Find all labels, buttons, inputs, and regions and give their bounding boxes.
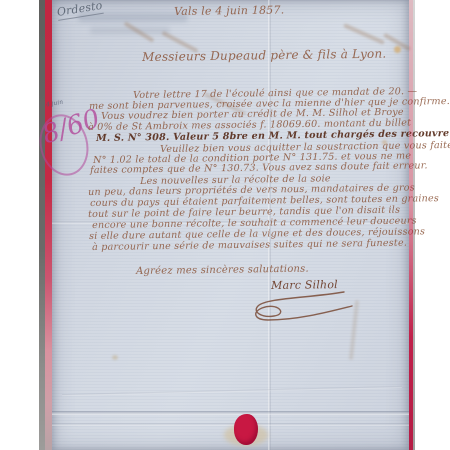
scanned-letter-photo: Ordesto Vals le 4 juin 1857. Messieurs D… <box>0 0 450 450</box>
ink-showthrough-smudge <box>343 23 385 45</box>
closing-line: Agréez mes sincères salutations. <box>136 264 309 277</box>
date-line: Vals le 4 juin 1857. <box>174 3 284 18</box>
wax-seal <box>234 414 258 445</box>
salutation-line: Messieurs Dupeaud père & fils à Lyon. <box>142 47 386 64</box>
letter-paper: Ordesto Vals le 4 juin 1857. Messieurs D… <box>52 0 409 450</box>
horizontal-fold-crease <box>52 411 409 415</box>
foxing-spot <box>112 355 118 360</box>
right-edge-shadow <box>413 0 415 450</box>
horizontal-fold-crease <box>52 423 409 426</box>
margin-pencil-date: 4 juin <box>46 99 64 109</box>
body-line: à parcourir une série de mauvaises suite… <box>92 239 407 254</box>
diagonal-fold-crease <box>62 386 402 396</box>
foxing-spot <box>394 46 401 53</box>
signature-flourish <box>248 288 358 322</box>
